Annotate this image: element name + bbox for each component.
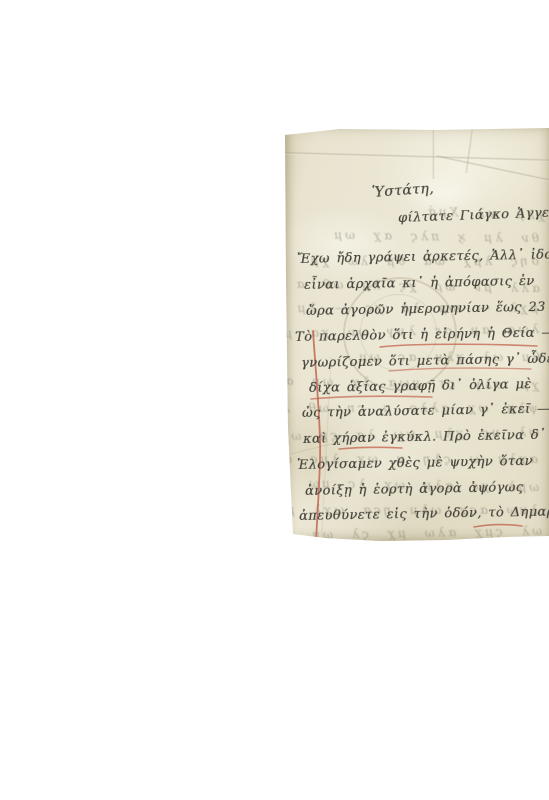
scan-page: ϛ ϛ ϛχλμ ωλ Χμάθν λμ ϗ πλς αχ ωμσης λμχ … [0,0,549,800]
handwriting-line: ἀνοίξῃ ἡ ἑορτὴ ἀγορὰ ἀψόγως [305,480,524,499]
red-underline [311,396,432,399]
handwriting-line: ὡς τὴν ἀναλύσατε μίαν γ᾽ ἐκεῖ — [302,402,549,421]
fold-crease-horizontal [285,151,549,161]
handwriting-line: καὶ χήραν ἐγκύκλ. Πρὸ ἐκεῖνα δ᾽ [303,428,546,447]
fold-crease-vertical [465,127,474,173]
handwriting-line: Ἐλογίσαμεν χθὲς μὲ ψυχὴν ὅταν [297,454,533,473]
handwriting-line: δίχα ἀξίας γραφῇ δι᾽ ὀλίγα μὲ [309,377,532,396]
handwriting-line: γνωρίζομεν ὅτι μετὰ πάσης γ᾽ ὧδε [301,352,549,371]
letter-paper: ϛ ϛ ϛχλμ ωλ Χμάθν λμ ϗ πλς αχ ωμσης λμχ … [285,127,549,543]
bleedthrough-line: θν λμ ϗ πλς αχ ωμ [287,227,539,245]
red-underline [380,344,537,347]
handwriting-line: Τὸ παρελθὸν ὅτι ἡ εἰρήνη ἡ Θεία — [295,325,549,345]
red-underline [339,447,402,449]
bleedthrough-line: ωλ ςμχ αλω μχ ςλ ωμ α [290,524,542,542]
fold-crease-vertical [432,127,435,179]
